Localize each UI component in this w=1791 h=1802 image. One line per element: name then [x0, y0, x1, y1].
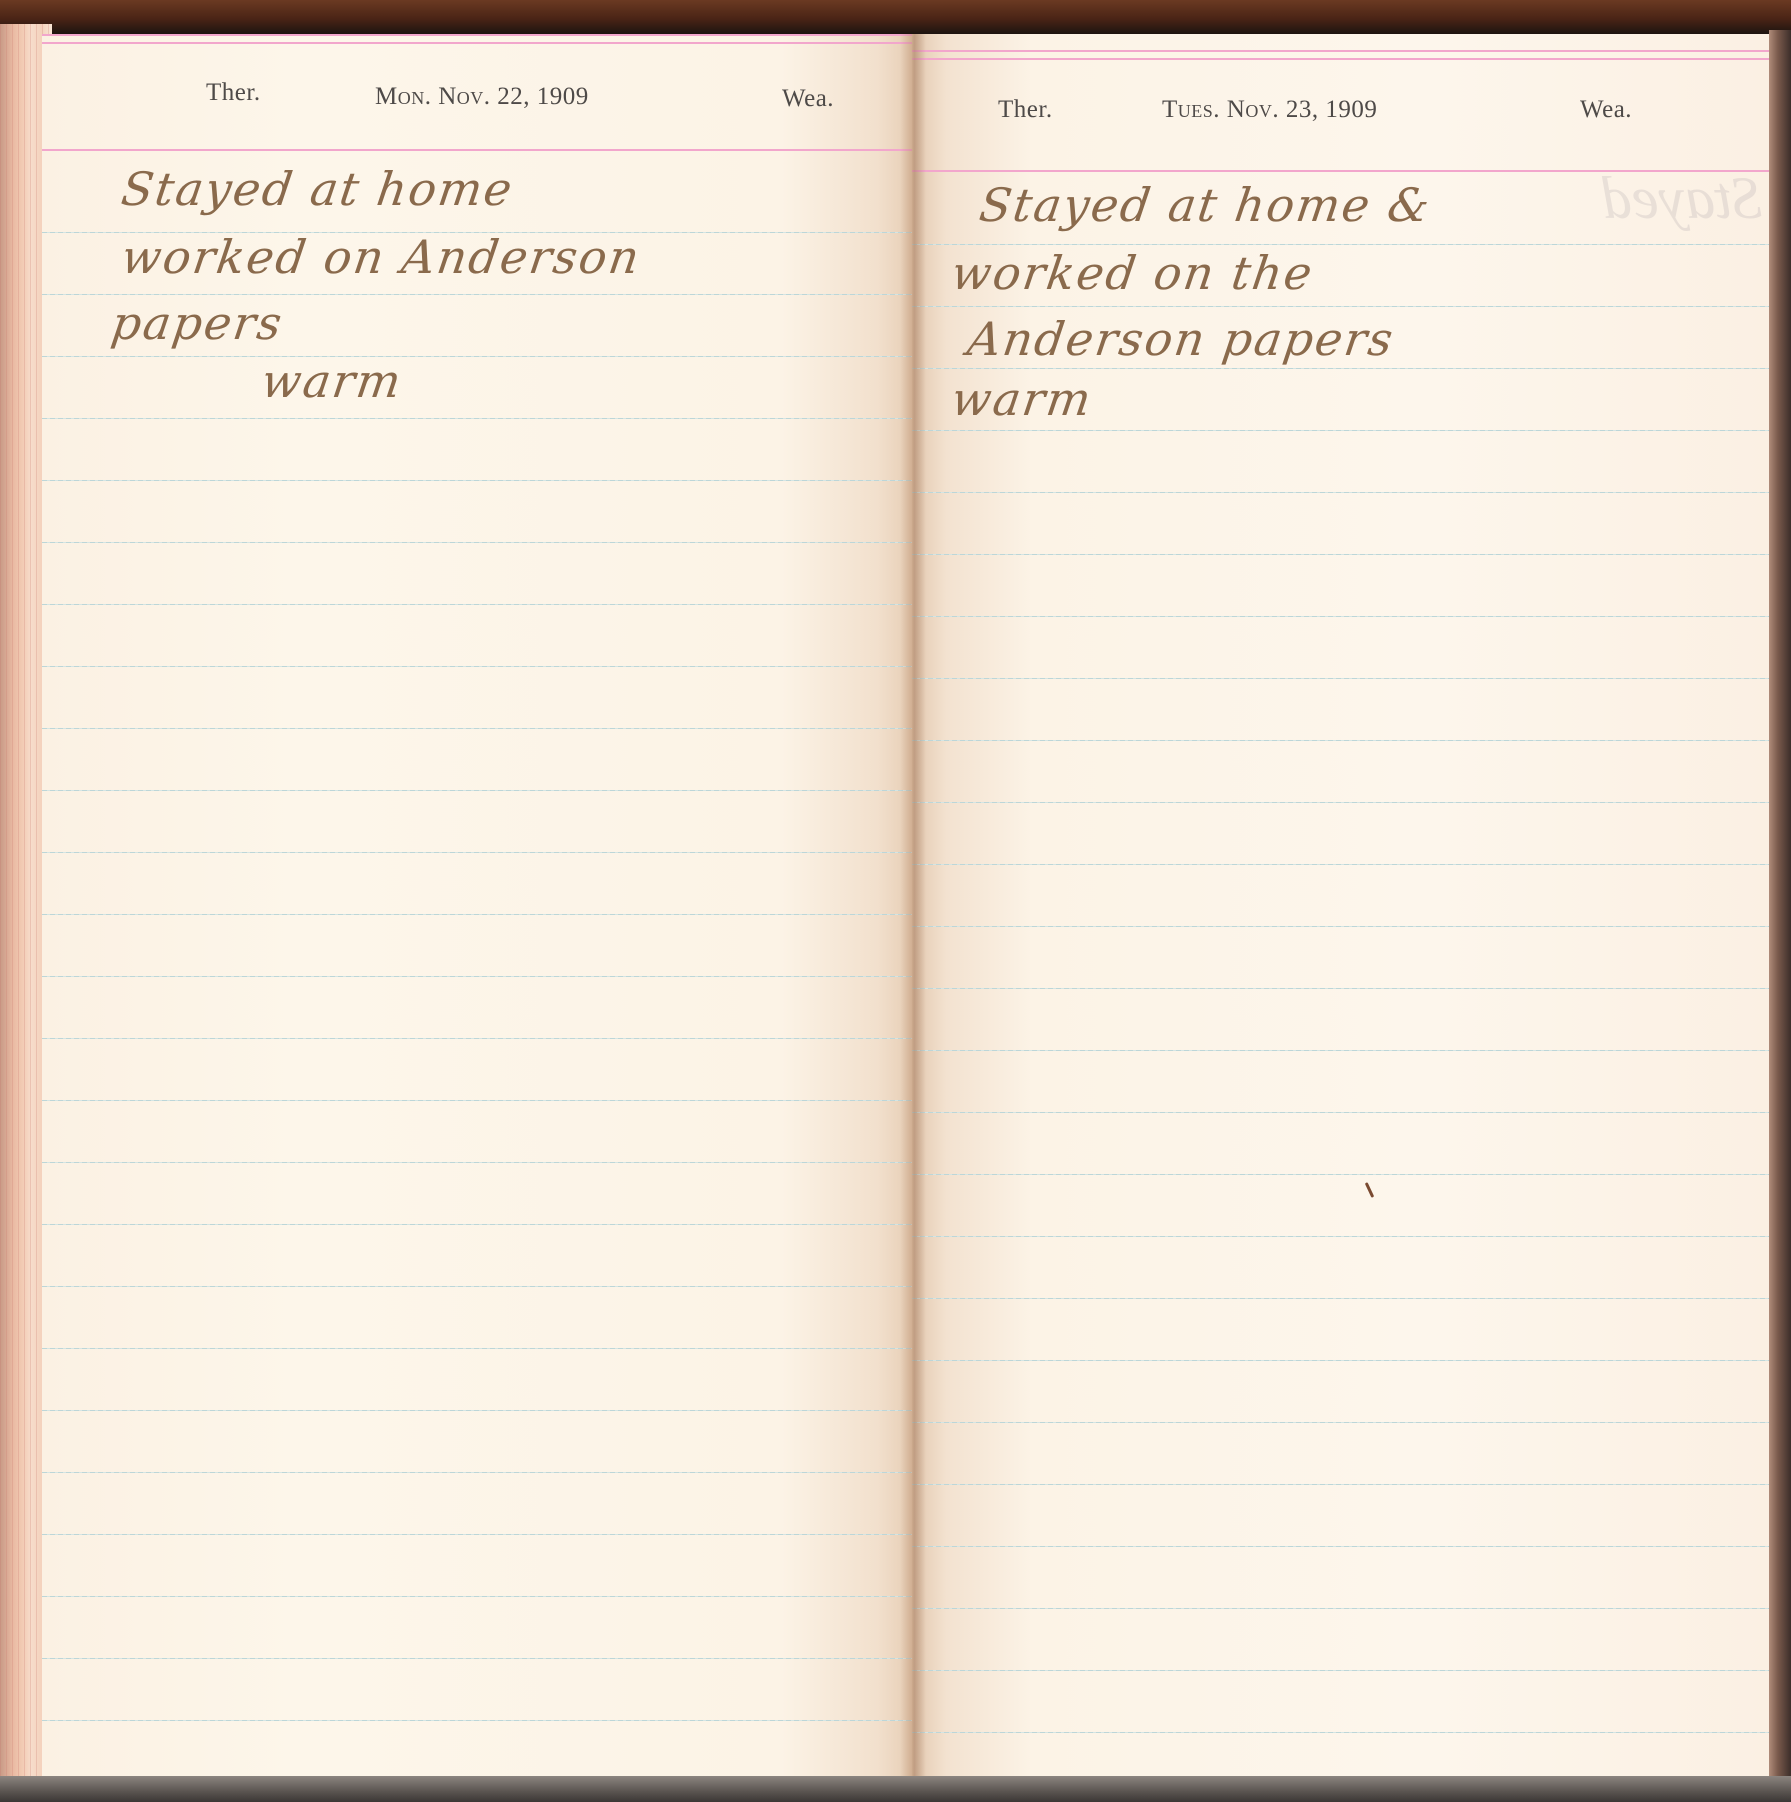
ruled-line — [912, 1298, 1769, 1299]
handwritten-entry-line-2: worked on Anderson — [118, 230, 644, 284]
ruled-line — [42, 1658, 912, 1659]
ruled-line — [912, 1546, 1769, 1547]
date-heading: Mon. Nov. 22, 1909 — [375, 83, 589, 111]
ruled-line — [42, 1224, 912, 1225]
ruled-line — [912, 1050, 1769, 1051]
ruled-line — [42, 914, 912, 915]
ruled-line — [912, 1484, 1769, 1485]
book-cover-right-edge — [1769, 30, 1791, 1780]
header-double-rule-top — [912, 50, 1769, 52]
ruled-line — [912, 678, 1769, 679]
ruled-line — [42, 1534, 912, 1535]
ruled-line — [42, 1596, 912, 1597]
header-double-rule-bottom — [42, 42, 912, 44]
ruled-line — [42, 542, 912, 543]
ruled-line — [42, 728, 912, 729]
ruled-line — [912, 1608, 1769, 1609]
ruled-line — [912, 492, 1769, 493]
ruled-line — [912, 802, 1769, 803]
header-underline — [42, 149, 912, 151]
bleed-through-text: Stayed — [1602, 164, 1762, 233]
ruled-line — [42, 852, 912, 853]
diary-page-right: Ther. Tues. Nov. 23, 1909 Wea. Stayed St… — [912, 34, 1769, 1776]
ruled-line — [912, 616, 1769, 617]
ruled-line — [912, 926, 1769, 927]
ink-speck — [1365, 1182, 1374, 1198]
handwritten-entry-line-1: Stayed at home — [118, 162, 517, 216]
ruled-line — [42, 294, 912, 295]
right-page-header: Ther. Tues. Nov. 23, 1909 Wea. — [912, 96, 1769, 136]
ruled-line — [912, 1174, 1769, 1175]
ruled-line — [42, 480, 912, 481]
ruled-line — [912, 244, 1769, 245]
ruled-line — [912, 1670, 1769, 1671]
ruled-line — [912, 1732, 1769, 1733]
book-cover-bottom — [0, 1776, 1791, 1802]
ruled-line — [42, 1348, 912, 1349]
ruled-line — [42, 1100, 912, 1101]
ruled-line — [912, 740, 1769, 741]
diary-page-left: Ther. Mon. Nov. 22, 1909 Wea. Stayed at … — [42, 34, 912, 1776]
ruled-line — [912, 1112, 1769, 1113]
ruled-line — [912, 864, 1769, 865]
handwritten-entry-line-1: Stayed at home & — [976, 178, 1435, 232]
ruled-line — [42, 790, 912, 791]
handwritten-entry-line-4: warm — [258, 354, 406, 408]
ruled-line — [42, 1038, 912, 1039]
ruled-line — [912, 1360, 1769, 1361]
handwritten-entry-line-2: worked on the — [948, 246, 1317, 300]
ruled-line — [912, 430, 1769, 431]
ruled-line — [42, 604, 912, 605]
ruled-line — [912, 988, 1769, 989]
ruled-line — [912, 554, 1769, 555]
book-cover-top — [0, 0, 1791, 34]
wea-label: Wea. — [782, 85, 834, 113]
ruled-line — [42, 418, 912, 419]
ruled-line — [42, 1720, 912, 1721]
ruled-line — [912, 368, 1769, 369]
header-double-rule-top — [42, 34, 912, 36]
ruled-line — [42, 1472, 912, 1473]
ruled-line — [42, 356, 912, 357]
ruled-line — [912, 306, 1769, 307]
ruled-line — [912, 1422, 1769, 1423]
ruled-line — [42, 666, 912, 667]
ther-label: Ther. — [998, 96, 1053, 124]
header-double-rule-bottom — [912, 58, 1769, 60]
ruled-line — [42, 1162, 912, 1163]
ruled-line — [42, 1286, 912, 1287]
ruled-line — [912, 1236, 1769, 1237]
ruled-line — [42, 1410, 912, 1411]
left-page-header: Ther. Mon. Nov. 22, 1909 Wea. — [42, 79, 912, 119]
date-heading: Tues. Nov. 23, 1909 — [1162, 96, 1377, 124]
wea-label: Wea. — [1580, 96, 1632, 124]
handwritten-entry-line-4: warm — [948, 372, 1096, 426]
handwritten-entry-line-3: papers — [108, 296, 287, 350]
ther-label: Ther. — [206, 79, 261, 107]
handwritten-entry-line-3: Anderson papers — [964, 312, 1398, 366]
ruled-line — [42, 976, 912, 977]
